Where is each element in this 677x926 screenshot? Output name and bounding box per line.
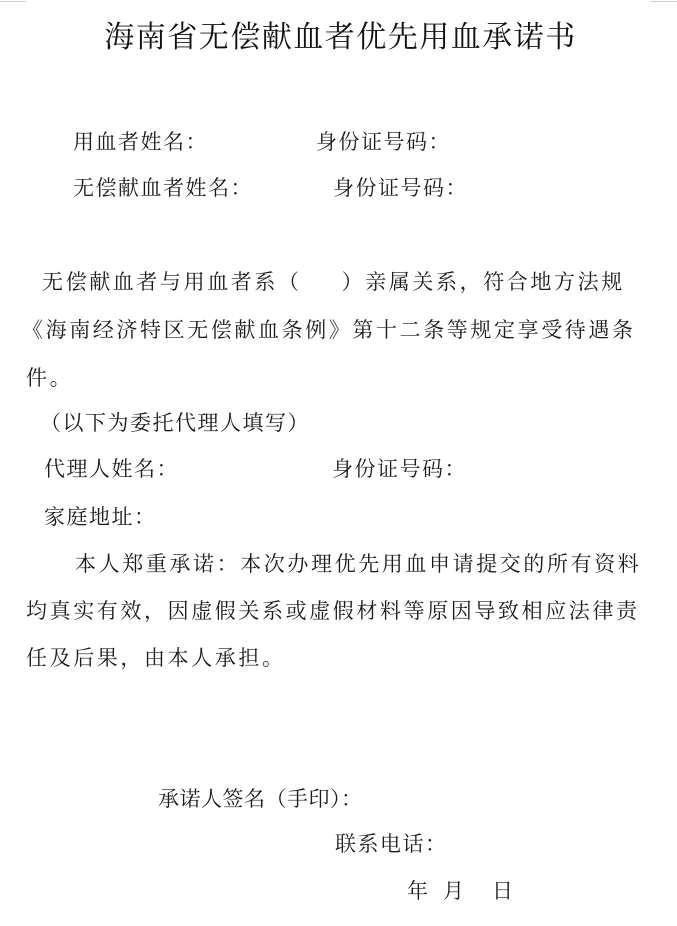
date-year-label: 年 bbox=[407, 877, 430, 905]
relationship-line-1: 无偿献血者与用血者系（）亲属关系，符合地方法规 bbox=[42, 268, 625, 296]
document-title: 海南省无偿献血者优先用血承诺书 bbox=[0, 18, 677, 58]
relationship-text-after: ）亲属关系，符合地方法规 bbox=[342, 270, 625, 294]
agent-id-label: 身份证号码： bbox=[332, 455, 467, 483]
date-month-label: 月 bbox=[443, 877, 466, 905]
recipient-name-label: 用血者姓名： bbox=[73, 128, 208, 156]
pledge-line-3: 任及后果，由本人承担。 bbox=[26, 644, 286, 672]
date-day-label: 日 bbox=[492, 877, 515, 905]
relationship-line-3: 件。 bbox=[26, 364, 73, 392]
page-corner-mark-right bbox=[650, 1, 677, 2]
pledge-line-2: 均真实有效，因虚假关系或虚假材料等原因导致相应法律责 bbox=[26, 597, 640, 625]
signer-signature-label: 承诺人签名（手印）： bbox=[158, 785, 363, 813]
address-label: 家庭地址： bbox=[44, 503, 157, 531]
donor-name-label: 无偿献血者姓名： bbox=[73, 174, 253, 202]
page-corner-mark-left bbox=[0, 1, 26, 2]
recipient-id-label: 身份证号码： bbox=[316, 128, 451, 156]
relationship-line-2: 《海南经济特区无偿献血条例》第十二条等规定享受待遇条 bbox=[22, 316, 636, 344]
agent-name-label: 代理人姓名： bbox=[44, 455, 179, 483]
relationship-text-before: 无偿献血者与用血者系（ bbox=[42, 270, 302, 294]
donor-id-label: 身份证号码： bbox=[333, 174, 468, 202]
agent-section-note: （以下为委托代理人填写） bbox=[40, 409, 310, 437]
pledge-line-1: 本人郑重承诺：本次办理优先用血申请提交的所有资料 bbox=[75, 550, 641, 578]
phone-label: 联系电话： bbox=[335, 830, 448, 858]
